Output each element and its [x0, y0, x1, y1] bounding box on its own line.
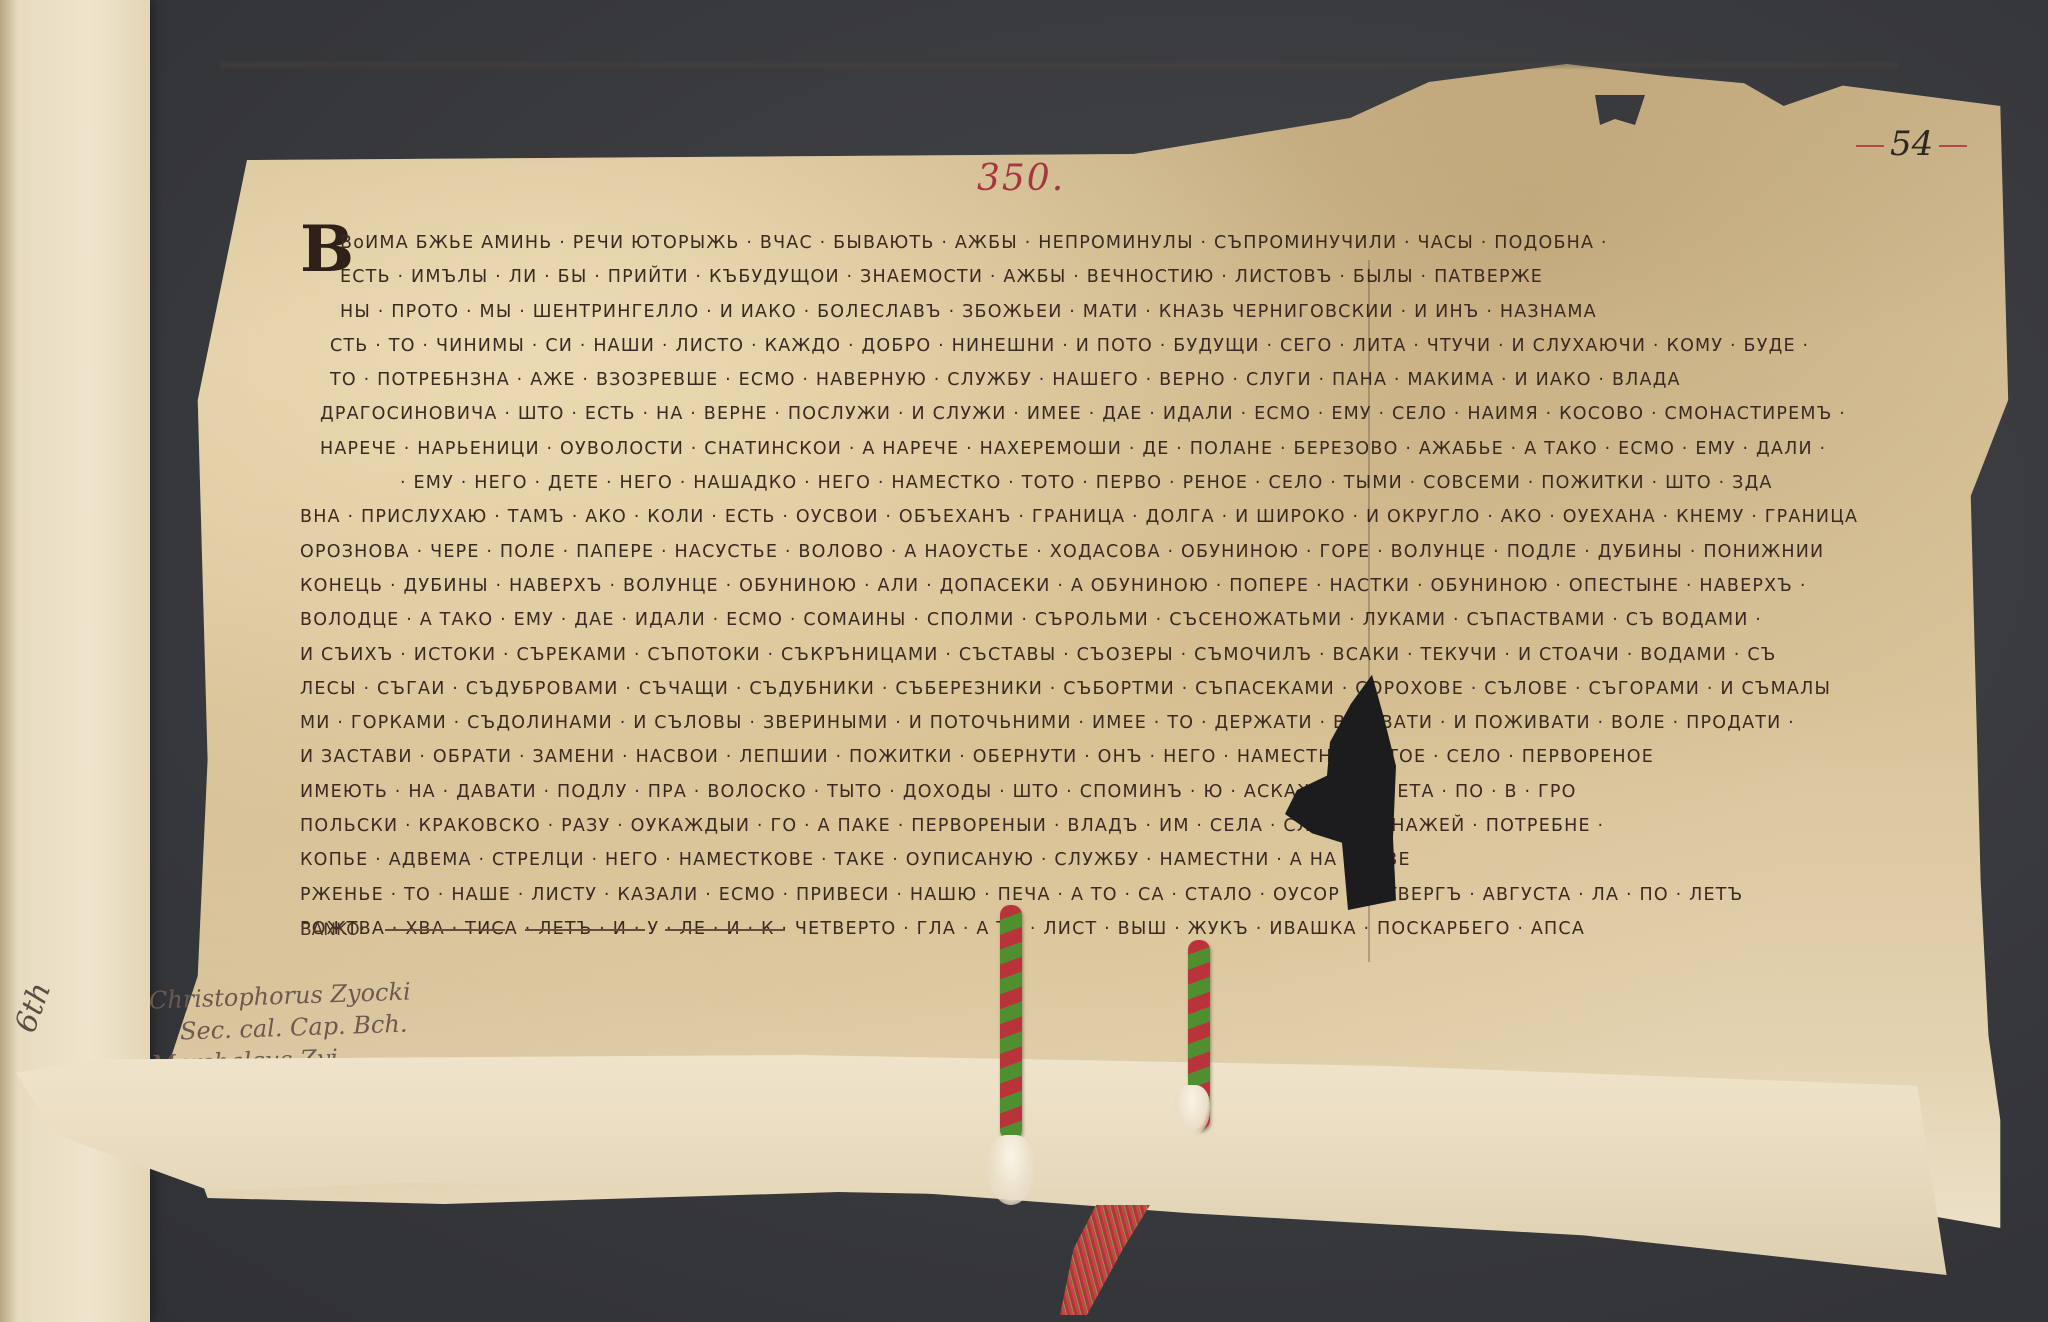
- folio-number: 54: [1890, 124, 1933, 164]
- red-dash-right: [1939, 145, 1967, 147]
- text-line: ЛЕСЫ · СЪГАИ · СЪДУБРОВАМИ · СЪЧАЩИ · СЪ…: [300, 672, 1940, 706]
- text-line: И СЪИХЪ · ИСТОКИ · СЪРЕКАМИ · СЪПОТОКИ ·…: [300, 638, 1940, 672]
- text-line: ИМЕЮТЬ · НА · ДАВАТИ · ПОДЛУ · ПРА · ВОЛ…: [300, 775, 1940, 809]
- flourish-stroke: [385, 929, 505, 931]
- text-line: КОНЕЦЬ · ДУБИНЫ · НАВЕРХЪ · ВОЛУНЦЕ · ОБ…: [300, 569, 1940, 603]
- text-line: РЖЕНЬЕ · ТО · НАШЕ · ЛИСТУ · КАЗАЛИ · ЕС…: [300, 878, 1940, 912]
- text-line: · ЕМУ · НЕГО · ДЕТЕ · НЕГО · НАШАДКО · Н…: [300, 466, 1940, 500]
- flourish-stroke: [665, 929, 785, 931]
- text-line: ТО · ПОТРЕБНЗНА · АЖЕ · ВЗОЗРЕВШЕ · ЕСМО…: [300, 363, 1940, 397]
- text-line: СТЬ · ТО · ЧИНИМЫ · СИ · НАШИ · ЛИСТО · …: [300, 329, 1940, 363]
- text-line: ЕСТЬ · ИМЪЛЫ · ЛИ · БЫ · ПРИЙТИ · КЪБУДУ…: [300, 260, 1940, 294]
- fold-crease-top: [220, 60, 1898, 70]
- closing-line: BANKO·: [300, 920, 785, 940]
- seal-cord-left: [1000, 905, 1022, 1140]
- text-line: ВОЛОДЦЕ · А ТАКО · ЕМУ · ДАЕ · ИДАЛИ · Е…: [300, 603, 1940, 637]
- text-line: МИ · ГОРКАМИ · СЪДОЛИНАМИ · И СЪЛОВЫ · З…: [300, 706, 1940, 740]
- cord-tassel-right: [1174, 1085, 1210, 1135]
- foliation-number-red: 350.: [977, 158, 1065, 199]
- text-line: ВНА · ПРИСЛУХАЮ · ТАМЪ · АКО · КОЛИ · ЕС…: [300, 500, 1940, 534]
- text-line: КОПЬЕ · АДВЕМА · СТРЕЛЦИ · НЕГО · НАМЕСТ…: [300, 843, 1940, 877]
- text-line: ДРАГОСИНОВИЧА · ШТО · ЕСТЬ · НА · ВЕРНЕ …: [300, 397, 1940, 431]
- text-line: НЫ · ПРОТО · МЫ · ШЕНТРИНГЕЛЛО · И ИАКО …: [300, 295, 1940, 329]
- cord-tassel-left: [988, 1135, 1034, 1205]
- text-line: И ЗАСТАВИ · ОБРАТИ · ЗАМЕНИ · НАСВОИ · Л…: [300, 740, 1940, 774]
- red-dash-left: [1856, 145, 1884, 147]
- closing-word: BANKO·: [300, 920, 365, 940]
- foliation-number-black: 54: [1850, 124, 1973, 164]
- text-line: ПОЛЬСКИ · КРАКОВСКО · РАЗУ · ОУКАЖДЫИ · …: [300, 809, 1940, 843]
- margin-note: 6th: [8, 978, 58, 1037]
- charter-text: ВоИМА БЖЬЕ АМИНЬ · РЕЧИ ЮТОРЫЖЬ · ВЧАС ·…: [300, 226, 1940, 946]
- text-line: НАРЕЧЕ · НАРЬЕНИЦИ · ОУВОЛОСТИ · СНАТИНС…: [300, 432, 1940, 466]
- text-line: ВоИМА БЖЬЕ АМИНЬ · РЕЧИ ЮТОРЫЖЬ · ВЧАС ·…: [300, 226, 1940, 260]
- text-line: ОРОЗНОВА · ЧЕРЕ · ПОЛЕ · ПАПЕРЕ · НАСУСТ…: [300, 535, 1940, 569]
- flourish-stroke: [525, 929, 645, 931]
